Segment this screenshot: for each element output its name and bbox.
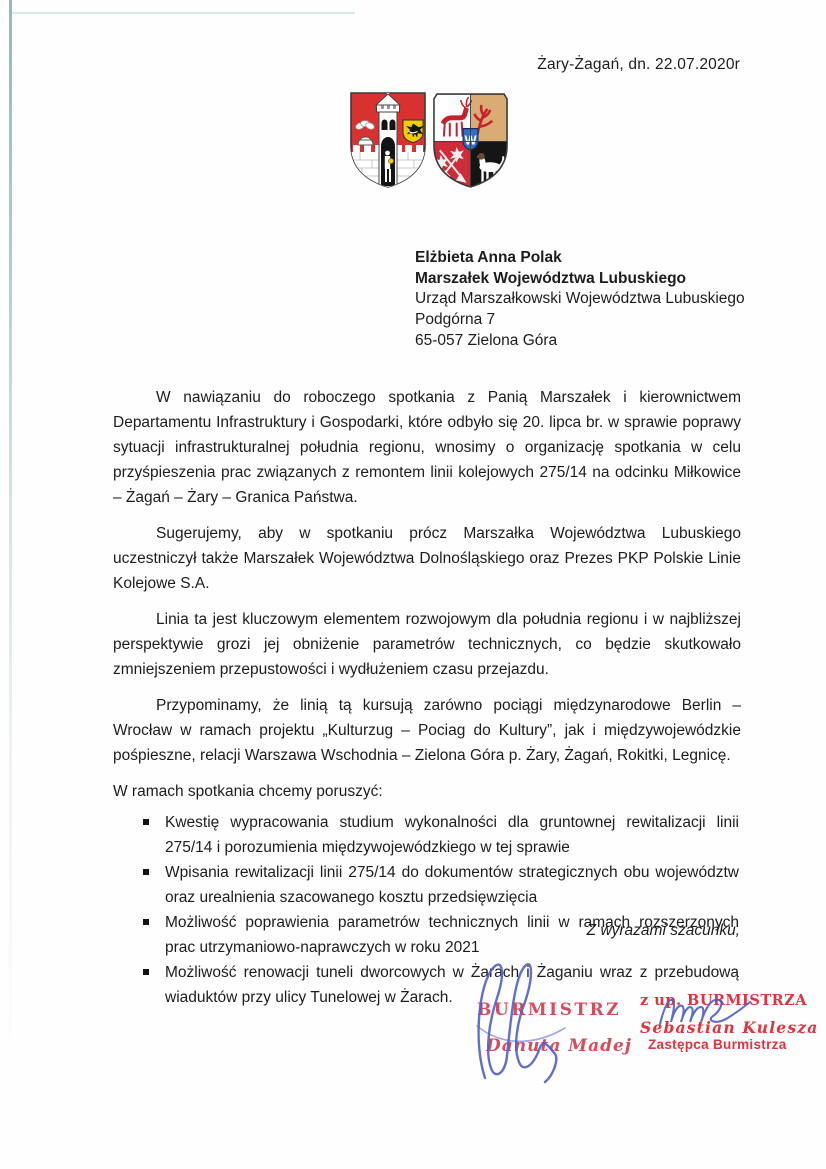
scan-artifact-horizontal xyxy=(10,12,355,14)
letter-page: Żary-Żagań, dn. 22.07.2020r xyxy=(0,0,826,1169)
recipient-office: Urząd Marszałkowski Województwa Lubuskie… xyxy=(415,289,745,310)
list-item-text: Kwestię wypracowania studium wykonalnośc… xyxy=(165,814,739,856)
list-intro: W ramach spotkania chcemy poruszyć: xyxy=(113,779,741,804)
paragraph-3: Linia ta jest kluczowym elementem rozwoj… xyxy=(113,607,741,682)
list-item: Kwestię wypracowania studium wykonalnośc… xyxy=(113,810,741,860)
monogram-letter: W xyxy=(464,132,477,147)
paragraph-1: W nawiązaniu do roboczego spotkania z Pa… xyxy=(113,385,741,510)
list-item-text: Wpisania rewitalizacji linii 275/14 do d… xyxy=(165,864,739,906)
bullet-square-icon xyxy=(143,869,149,875)
zary-coat-of-arms-icon xyxy=(348,90,428,190)
date-line: Żary-Żagań, dn. 22.07.2020r xyxy=(537,56,740,74)
zagan-coat-of-arms-icon: W xyxy=(431,90,510,191)
closing-phrase: Z wyrazami szacunku, xyxy=(587,922,740,940)
coat-of-arms-row: W xyxy=(348,90,510,191)
signature-sebastian-kulesza-icon xyxy=(654,994,758,1030)
bullet-square-icon xyxy=(143,969,149,975)
bullet-square-icon xyxy=(143,919,149,925)
recipient-street: Podgórna 7 xyxy=(415,310,745,331)
topics-list: Kwestię wypracowania studium wykonalnośc… xyxy=(113,810,741,1010)
recipient-city: 65-057 Zielona Góra xyxy=(415,331,745,352)
list-item: Wpisania rewitalizacji linii 275/14 do d… xyxy=(113,860,741,910)
signature-danuta-madej-icon xyxy=(447,956,607,1088)
paragraph-2: Sugerujemy, aby w spotkaniu prócz Marsza… xyxy=(113,521,741,596)
recipient-title: Marszałek Województwa Lubuskiego xyxy=(415,269,745,290)
paragraph-4: Przypominamy, że linią tą kursują zarówn… xyxy=(113,693,741,768)
recipient-address-block: Elżbieta Anna Polak Marszałek Województw… xyxy=(415,248,745,352)
stamp-deputy-role: Zastępca Burmistrza xyxy=(648,1037,790,1052)
scan-artifact-vertical xyxy=(9,0,12,1075)
letter-body: W nawiązaniu do roboczego spotkania z Pa… xyxy=(113,385,741,1010)
recipient-name: Elżbieta Anna Polak xyxy=(415,248,745,269)
bullet-square-icon xyxy=(143,819,149,825)
